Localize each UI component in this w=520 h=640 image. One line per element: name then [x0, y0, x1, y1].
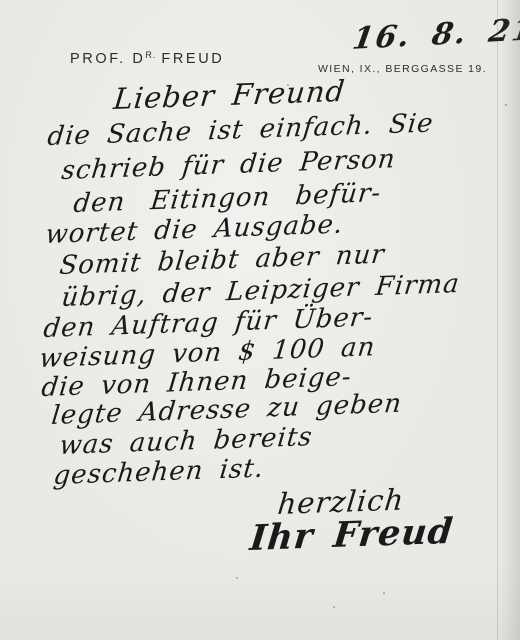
handwritten-date: 16. 8. 21. — [350, 11, 520, 57]
letterhead-name: PROF. DR.FREUD — [70, 50, 224, 67]
letter-page: PROF. DR.FREUD WIEN, IX., BERGGASSE 19. … — [0, 0, 520, 640]
handwritten-line: geschehen ist. — [52, 454, 266, 491]
signature: Ihr Freud — [248, 511, 456, 559]
salutation-line: Lieber Freund — [112, 74, 347, 116]
scan-speck — [236, 577, 238, 579]
scan-speck — [287, 84, 289, 86]
page-edge-shadow — [497, 0, 520, 640]
letterhead-name-prefix: PROF. D — [70, 51, 145, 67]
scan-speck — [383, 592, 385, 594]
letterhead-dr-superscript: R. — [145, 50, 156, 60]
letterhead-name-rest: FREUD — [161, 51, 224, 67]
scan-speck — [333, 606, 335, 608]
